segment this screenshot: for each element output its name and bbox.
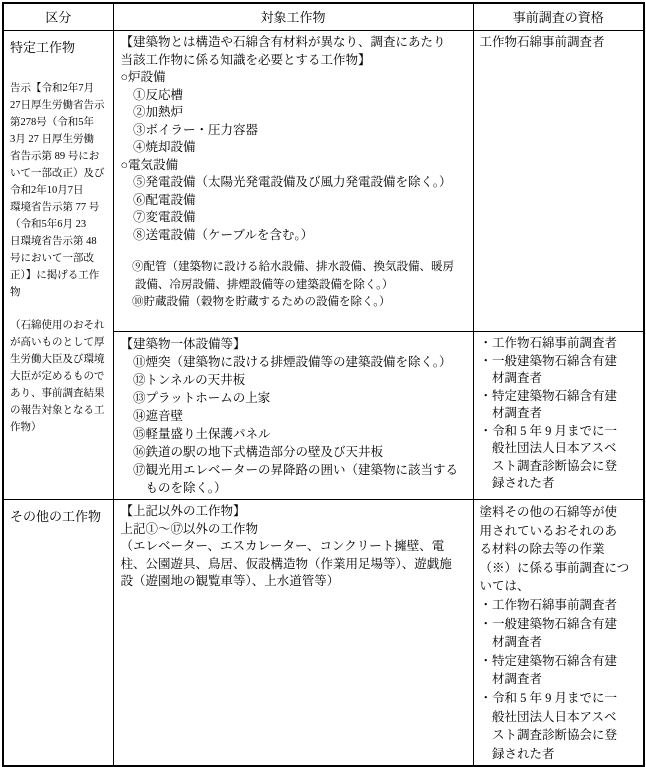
category-title-other: その他の工作物 [10,506,108,525]
document-page: 区分 対象工作物 事前調査の資格 特定工作物 告示【令和2年7月 27日厚生労働… [0,0,646,759]
cell-category-specified: 特定工作物 告示【令和2年7月 27日厚生労働省告示 第278号（令和5年 3月… [3,31,113,500]
header-category: 区分 [3,3,113,31]
table-row-specified-structures-1: 特定工作物 告示【令和2年7月 27日厚生労働省告示 第278号（令和5年 3月… [3,31,644,332]
target-items-1-to-8: 【建築物とは構造や石綿含有材料が異なり、調査にあたり 当該工作物に係る知識を必要… [121,34,468,244]
cell-qualification-building-integrated: ・工作物石綿事前調査者 ・一般建築物石綿含有建 材調査者 ・特定建築物石綿含有建… [473,332,644,500]
table-header-row: 区分 対象工作物 事前調査の資格 [3,3,644,31]
category-notice-text: 告示【令和2年7月 27日厚生労働省告示 第278号（令和5年 3月 27 日厚… [10,80,108,301]
target-items-11-to-17: 【建築物一体設備等】 ⑪煙突（建築物に設ける排煙設備等の建築設備を除く。） ⑫ト… [121,335,468,497]
asbestos-survey-table: 区分 対象工作物 事前調査の資格 特定工作物 告示【令和2年7月 27日厚生労働… [2,2,645,767]
category-title-specified: 特定工作物 [10,37,108,56]
cell-qualification-other: 塗料その他の石綿等が使 用されているおそれのあ る材料の除去等の作業 （※）に係… [473,500,644,767]
cell-target-furnace-electric: 【建築物とは構造や石綿含有材料が異なり、調査にあたり 当該工作物に係る知識を必要… [113,31,473,332]
qualification-list-2: 塗料その他の石綿等が使 用されているおそれのあ る材料の除去等の作業 （※）に係… [480,503,641,763]
table-row-other-structures: その他の工作物 【上記以外の工作物】 上記①～⑰以外の工作物 （エレベーター、エ… [3,500,644,767]
qualification-text-1: 工作物石綿事前調査者 [480,34,641,52]
cell-target-building-integrated: 【建築物一体設備等】 ⑪煙突（建築物に設ける排煙設備等の建築設備を除く。） ⑫ト… [113,332,473,500]
target-items-9-to-10: ⑨配管（建築物に設ける給水設備、排水設備、換気設備、暖房 設備、冷房設備、排煙設… [121,259,468,312]
target-items-other: 【上記以外の工作物】 上記①～⑰以外の工作物 （エレベーター、エスカレーター、コ… [121,503,468,591]
header-target-structures: 対象工作物 [113,3,473,31]
cell-category-other: その他の工作物 [3,500,113,767]
qualification-list-1: ・工作物石綿事前調査者 ・一般建築物石綿含有建 材調査者 ・特定建築物石綿含有建… [480,335,641,493]
cell-target-other: 【上記以外の工作物】 上記①～⑰以外の工作物 （エレベーター、エスカレーター、コ… [113,500,473,767]
category-note-text: （石綿使用のおそれ が高いものとして厚 生労働大臣及び環境 大臣が定めるもので … [10,317,108,436]
cell-qualification-structures: 工作物石綿事前調査者 [473,31,644,332]
header-survey-qualification: 事前調査の資格 [473,3,644,31]
